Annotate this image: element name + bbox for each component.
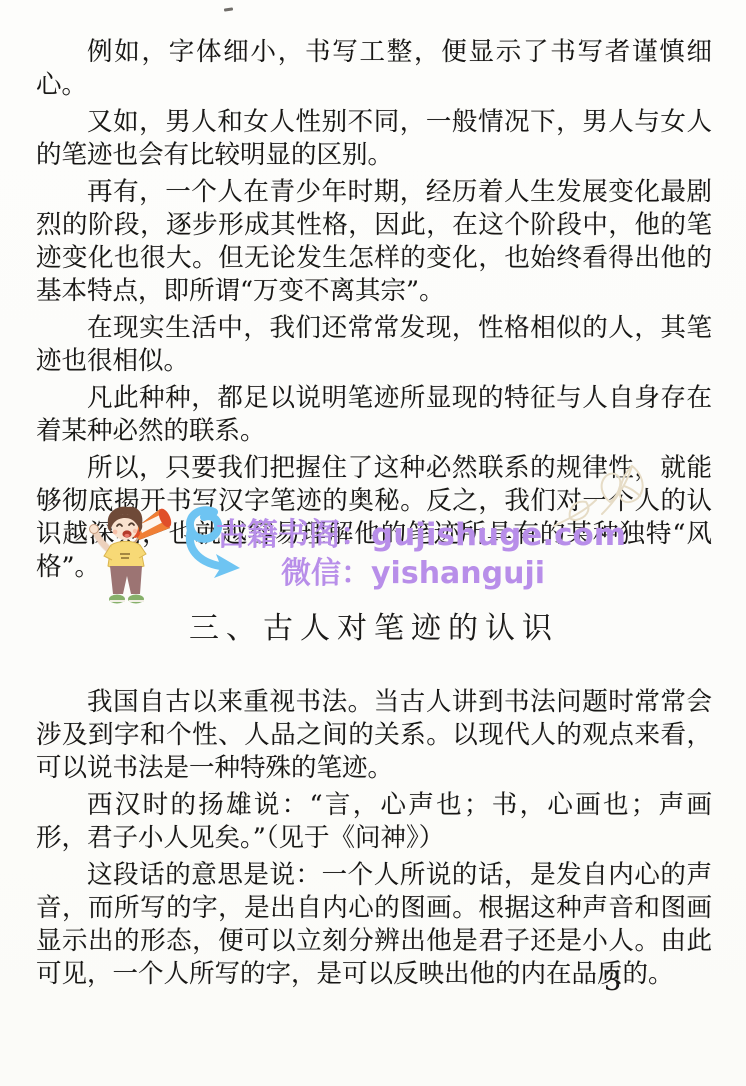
paragraph: 所以，只要我们把握住了这种必然联系的规律性，就能够彻底揭开书写汉字笔迹的奥秘。反… — [36, 452, 712, 584]
paragraph: 在现实生活中，我们还常常发现，性格相似的人，其笔迹也很相似。 — [36, 312, 712, 378]
paragraph: 再有，一个人在青少年时期，经历着人生发展变化最剧烈的阶段，逐步形成其性格，因此，… — [36, 176, 712, 308]
book-page: 例如，字体细小，书写工整，便显示了书写者谨慎细心。 又如，男人和女人性别不同，一… — [0, 0, 746, 1086]
scan-artifact-dash — [224, 7, 233, 11]
paragraph: 凡此种种，都足以说明笔迹所显现的特征与人自身存在着某种必然的联系。 — [36, 382, 712, 448]
paragraph: 我国自古以来重视书法。当古人讲到书法问题时常常会涉及到字和个性、人品之间的关系。… — [36, 686, 712, 785]
paragraph: 又如，男人和女人性别不同，一般情况下，男人与女人的笔迹也会有比较明显的区别。 — [36, 106, 712, 172]
section-heading: 三、古人对笔迹的认识 — [36, 614, 712, 644]
paragraph: 西汉时的扬雄说：“言，心声也；书，心画也；声画形，君子小人见矣。”（见于《问神》… — [36, 789, 712, 855]
page-number: 3 — [604, 966, 621, 997]
paragraph: 例如，字体细小，书写工整，便显示了书写者谨慎细心。 — [36, 36, 712, 102]
page-text-block: 例如，字体细小，书写工整，便显示了书写者谨慎细心。 又如，男人和女人性别不同，一… — [36, 36, 712, 995]
